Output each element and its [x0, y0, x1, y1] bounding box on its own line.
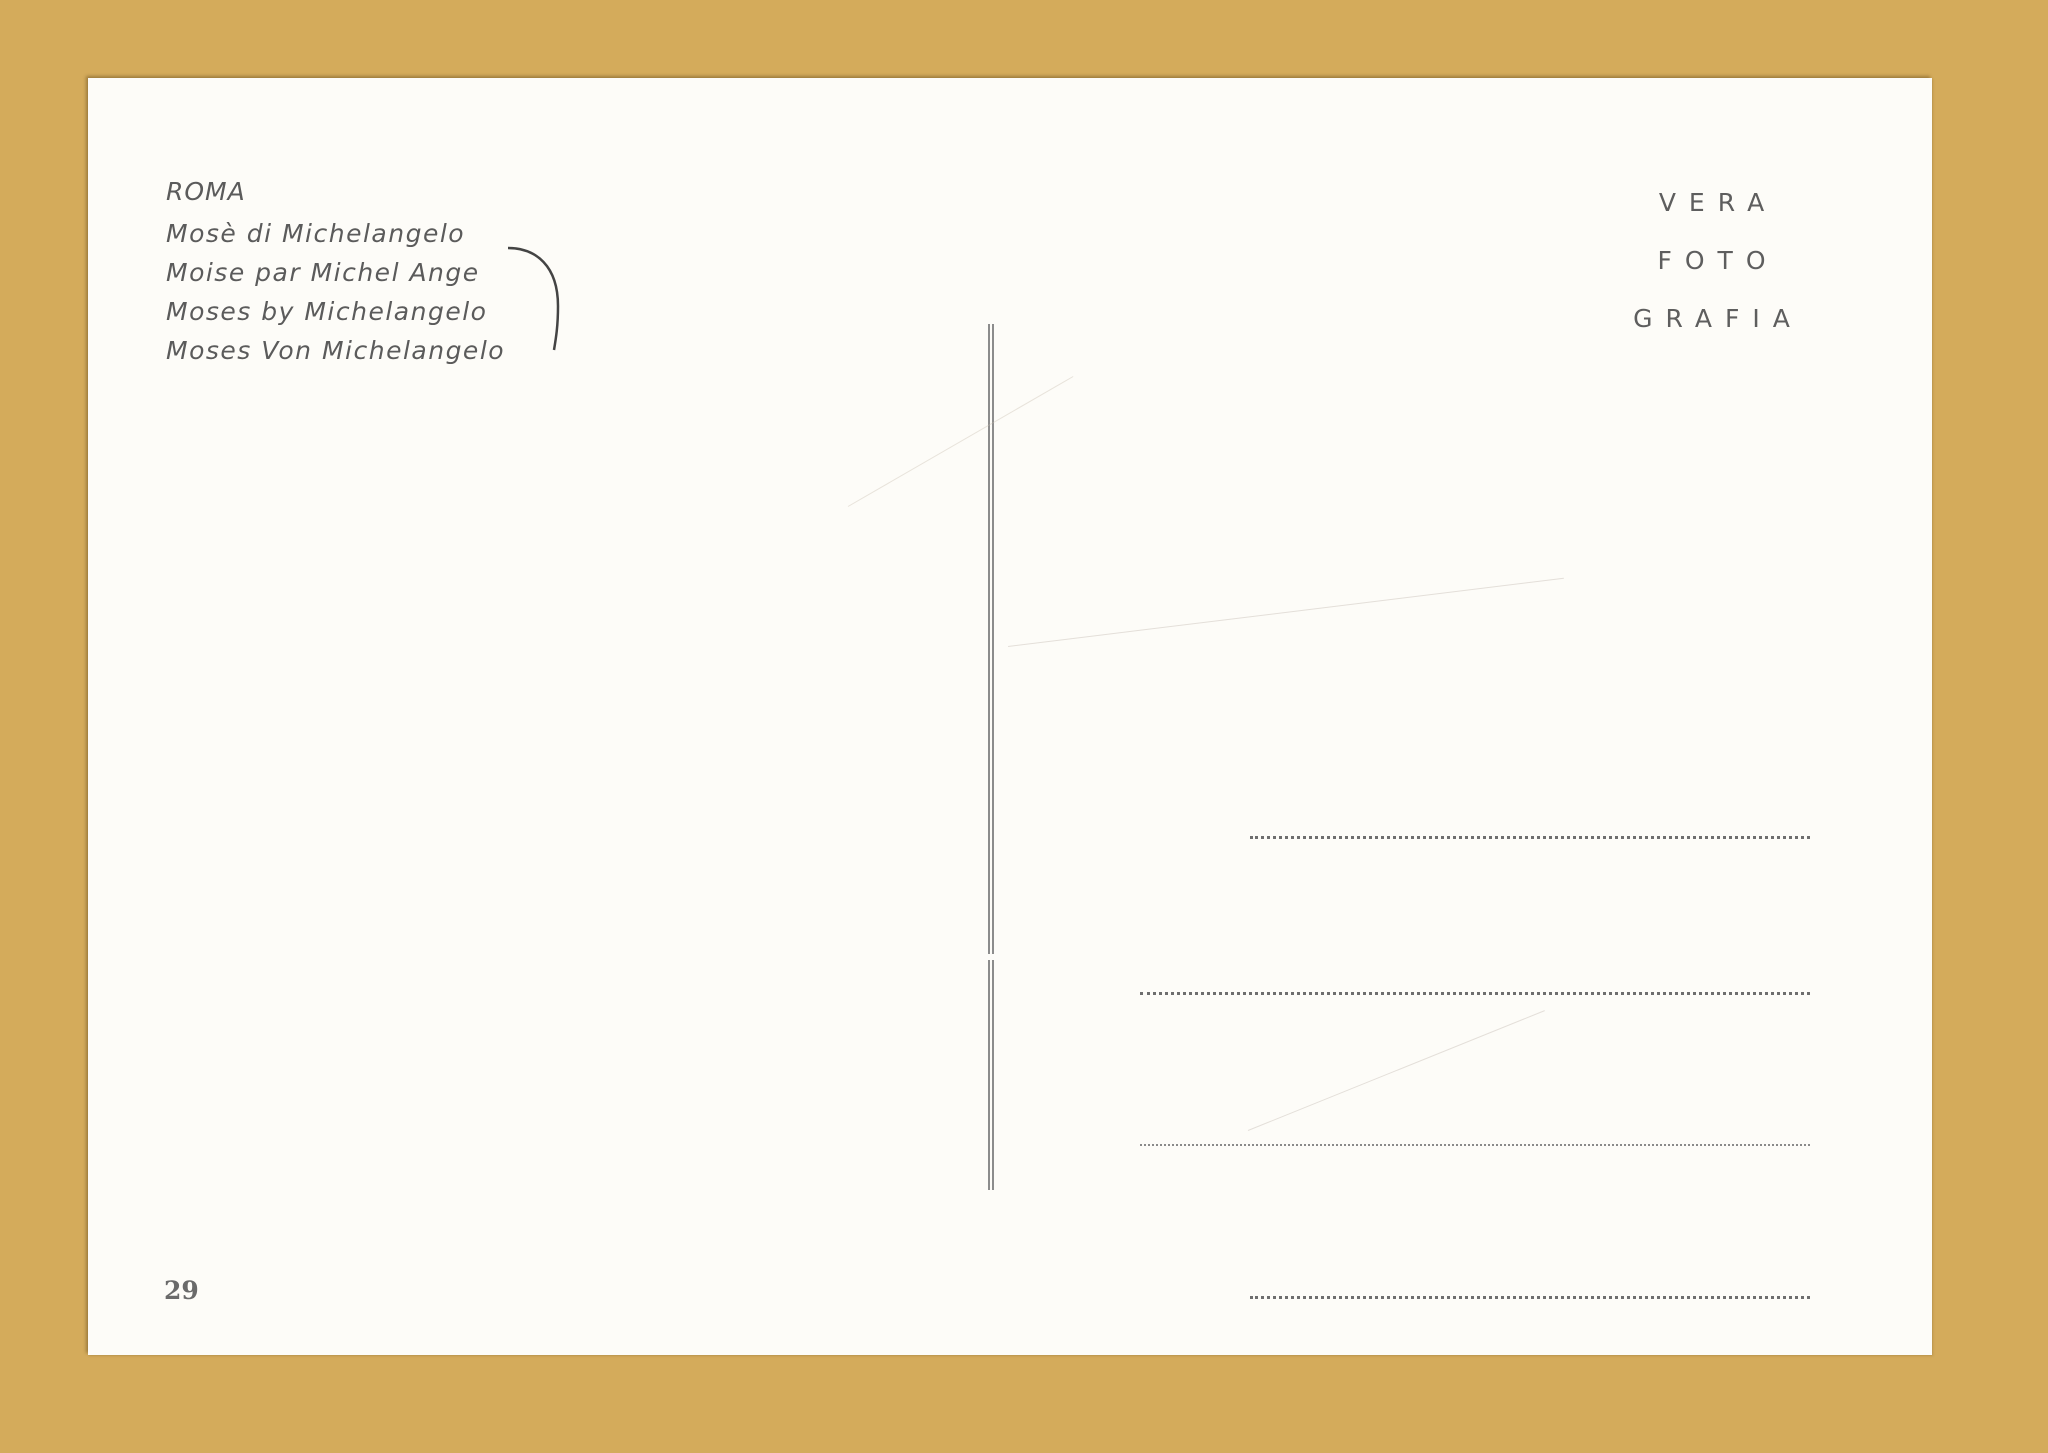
center-divider-lower: [988, 960, 994, 1190]
paper-crease: [1008, 578, 1564, 647]
postcard-back: ROMA Mosè di Michelangelo Moise par Mich…: [88, 78, 1932, 1355]
caption-line-french: Moise par Michel Ange: [166, 253, 505, 292]
brand-line-2: FOTO: [1608, 232, 1828, 290]
address-line-3: [1140, 1144, 1810, 1146]
caption-line-italian: Mosè di Michelangelo: [166, 214, 505, 253]
caption-title: ROMA: [166, 176, 505, 208]
caption-line-english: Moses by Michelangelo: [166, 292, 505, 331]
brand-line-3: GRAFIA: [1608, 290, 1828, 348]
paper-crease: [1248, 1010, 1545, 1131]
card-number: 29: [164, 1276, 199, 1305]
caption-line-german: Moses Von Michelangelo: [166, 331, 505, 370]
brand-line-1: VERA: [1608, 174, 1828, 232]
address-line-1: [1250, 836, 1810, 839]
address-line-4: [1250, 1296, 1810, 1299]
paper-crease: [848, 376, 1074, 507]
address-line-2: [1140, 992, 1810, 995]
bracket-mark-icon: [506, 246, 566, 352]
center-divider-upper: [988, 324, 994, 954]
caption-block: ROMA Mosè di Michelangelo Moise par Mich…: [166, 176, 505, 370]
brand-vera-fotografia: VERA FOTO GRAFIA: [1608, 174, 1828, 348]
